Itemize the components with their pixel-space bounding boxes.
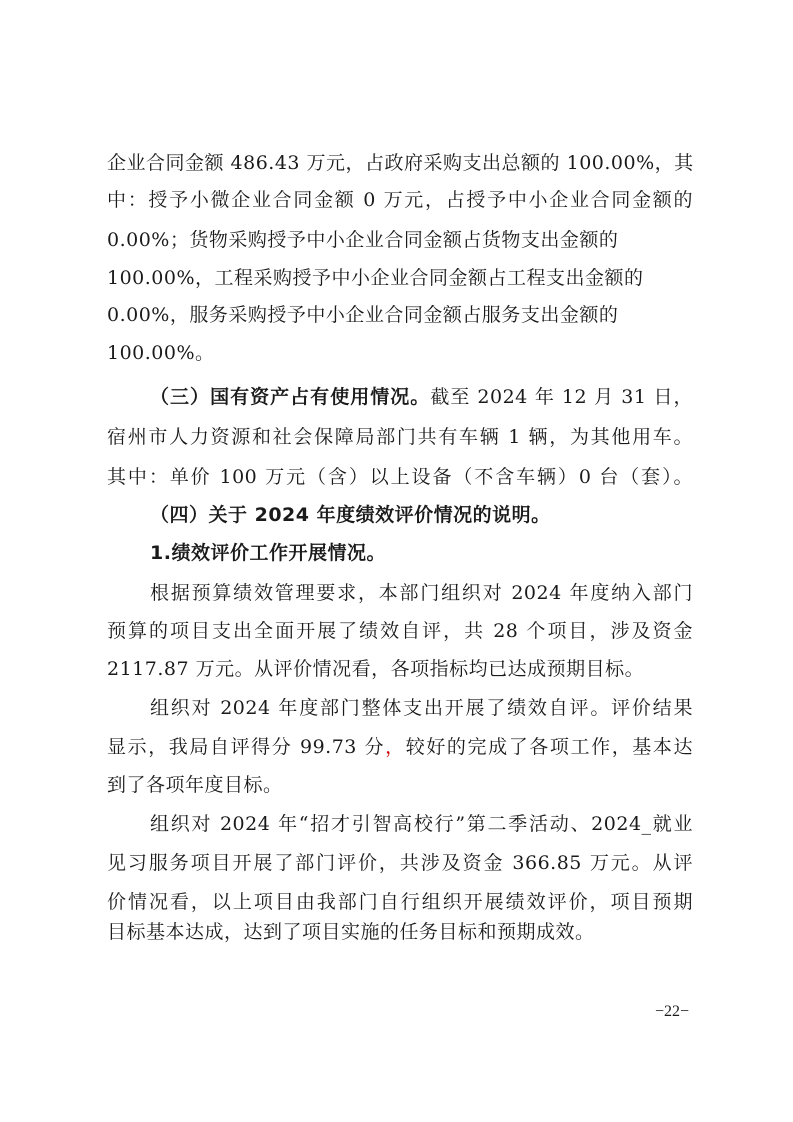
text-line-with-highlight: 显示，我局自评得分 99.73 分，较好的完成了各项工作，基本达 bbox=[107, 728, 693, 766]
text-line: 其中：单价 100 万元（含）以上设备（不含车辆）0 台（套）。 bbox=[107, 458, 693, 496]
text-line: 企业合同金额 486.43 万元，占政府采购支出总额的 100.00%，其 bbox=[107, 144, 693, 182]
text-line: 2117.87 万元。从评价情况看，各项指标均已达成预期目标。 bbox=[107, 650, 693, 688]
text-line: 根据预算绩效管理要求，本部门组织对 2024 年度纳入部门 bbox=[150, 574, 693, 612]
section-heading-line: （三）国有资产占有使用情况。截至 2024 年 12 月 31 日， bbox=[150, 378, 693, 416]
text-span: 截至 2024 年 12 月 31 日， bbox=[430, 386, 693, 408]
text-span: 较好的完成了各项工作，基本达 bbox=[406, 736, 693, 758]
text-line: 目标基本达成，达到了项目实施的任务目标和预期成效。 bbox=[107, 913, 693, 951]
text-line: 组织对 2024 年度部门整体支出开展了绩效自评。评价结果 bbox=[150, 689, 693, 727]
text-line: 0.00%，服务采购授予中小企业合同金额占服务支出金额的 bbox=[107, 296, 693, 334]
text-line: 预算的项目支出全面开展了绩效自评，共 28 个项目，涉及资金 bbox=[107, 612, 693, 650]
section-heading: （四）关于 2024 年度绩效评价情况的说明。 bbox=[150, 496, 693, 534]
page-number: −22− bbox=[655, 1003, 689, 1021]
text-line: 到了各项年度目标。 bbox=[107, 766, 693, 804]
text-line: 组织对 2024 年“招才引智高校行”第二季活动、2024_就业 bbox=[150, 805, 693, 843]
document-page: 企业合同金额 486.43 万元，占政府采购支出总额的 100.00%，其 中：… bbox=[0, 0, 793, 1122]
text-line: 见习服务项目开展了部门评价，共涉及资金 366.85 万元。从评 bbox=[107, 844, 693, 882]
section-heading: （三）国有资产占有使用情况。 bbox=[150, 386, 430, 408]
text-line: 0.00%；货物采购授予中小企业合同金额占货物支出金额的 bbox=[107, 221, 693, 259]
text-line: 100.00%，工程采购授予中小企业合同金额占工程支出金额的 bbox=[107, 259, 693, 297]
text-line: 中：授予小微企业合同金额 0 万元，占授予中小企业合同金额的 bbox=[107, 181, 693, 219]
text-line: 宿州市人力资源和社会保障局部门共有车辆 1 辆，为其他用车。 bbox=[107, 418, 693, 456]
red-comma: ， bbox=[385, 736, 406, 758]
subsection-heading: 1.绩效评价工作开展情况。 bbox=[150, 534, 693, 572]
text-span: 显示，我局自评得分 99.73 分 bbox=[107, 736, 385, 758]
text-line: 100.00%。 bbox=[107, 334, 693, 372]
